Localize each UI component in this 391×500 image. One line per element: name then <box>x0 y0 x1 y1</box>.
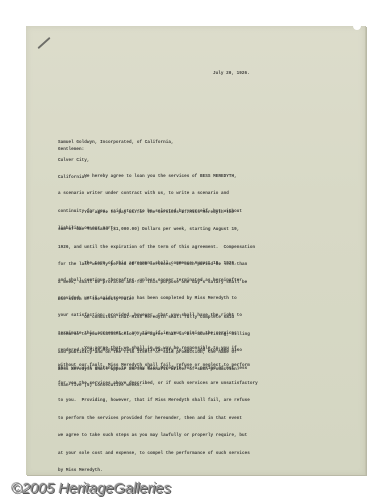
paragraph-line: by Miss Meredyth. <box>58 468 258 474</box>
paragraph-line: and shall continue thereafter, unless so… <box>58 278 247 284</box>
paragraph-line: You agree that we shall in no way be res… <box>58 346 258 352</box>
paragraph-line: You agree to pay us for the services of … <box>58 210 255 216</box>
pencil-mark-icon <box>37 37 50 49</box>
paragraph-line: provided, until said scenario has been c… <box>58 296 247 302</box>
paragraph-line: without our fault, Miss Meredyth shall f… <box>58 363 258 369</box>
paragraph-line: at your sole cost and expense, to compel… <box>58 451 258 457</box>
paragraph-line: we agree to take such steps as you may l… <box>58 433 258 439</box>
torn-corner <box>353 24 361 30</box>
paragraph-line: On condition that Miss Meredyth shall fu… <box>58 315 250 321</box>
addressee-line: Samuel Goldwyn, Incorporated, of Califor… <box>58 140 174 146</box>
paragraph-line: a scenario writer under contract with us… <box>58 191 242 197</box>
letter-date: July 20, 1926. <box>213 71 250 77</box>
paragraph-line: for you the services above described, or… <box>58 381 258 387</box>
paragraph-line: sum of One Thousand ($1,000.00) Dollars … <box>58 227 255 233</box>
paragraph-line: to perform the services provided for her… <box>58 416 258 422</box>
paragraph-line: We hereby agree to loan you the services… <box>58 174 242 180</box>
paragraph-liability: You agree that we shall in no way be res… <box>58 334 258 480</box>
paragraph-line: to you. Providing, however, that if Miss… <box>58 398 258 404</box>
paragraph-line: The term of this agreement shall commenc… <box>58 261 247 267</box>
salutation: Gentlemen: <box>58 147 84 153</box>
copyright-watermark: ©2005 HeritageGalleries <box>11 480 171 497</box>
